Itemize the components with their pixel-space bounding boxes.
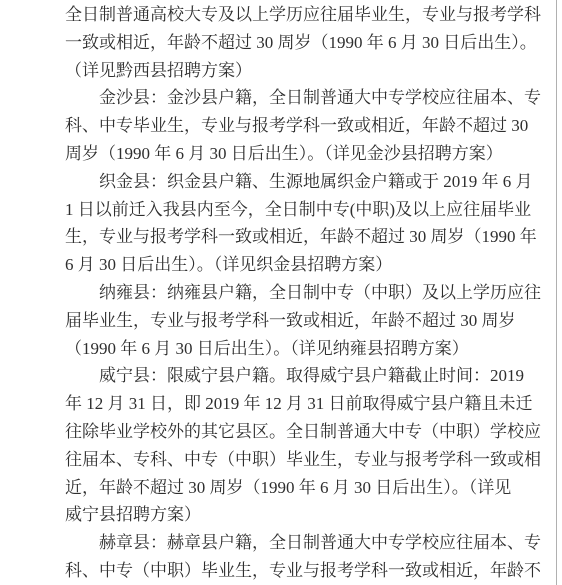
text-line: 纳雍县：纳雍县户籍，全日制中专（中职）及以上学历应往 [65, 279, 509, 307]
paragraph-jinsha-county-requirements: 金沙县：金沙县户籍，全日制普通大中专学校应往届本、专科、中专毕业生，专业与报考学… [65, 84, 509, 167]
paragraph-weining-county-requirements: 威宁县：限威宁县户籍。取得威宁县户籍截止时间：2019年 12 月 31 日，即… [65, 362, 509, 529]
text-line: 全日制普通高校大专及以上学历应往届毕业生，专业与报考学科 [65, 1, 509, 29]
text-line: 届毕业生，专业与报考学科一致或相近，年龄不超过 30 周岁 [65, 307, 509, 335]
text-line: 6 月 30 日后出生）。（详见织金县招聘方案） [65, 251, 509, 279]
text-line: 生，专业与报考学科一致或相近，年龄不超过 30 周岁（1990 年 [65, 223, 509, 251]
text-line: 1 日以前迁入我县内至今，全日制中专(中职)及以上应往届毕业 [65, 196, 509, 224]
text-line: 年 12 月 31 日，即 2019 年 12 月 31 日前取得威宁县户籍且未… [65, 390, 509, 418]
text-line: 织金县：织金县户籍、生源地属织金户籍或于 2019 年 6 月 [65, 168, 509, 196]
text-line: 往除毕业学校外的其它县区。全日制普通大中专（中职）学校应 [65, 418, 509, 446]
paragraph-qianxi-county-requirements-continued: 全日制普通高校大专及以上学历应往届毕业生，专业与报考学科一致或相近，年龄不超过 … [65, 1, 509, 84]
paragraph-zhijin-county-requirements: 织金县：织金县户籍、生源地属织金户籍或于 2019 年 6 月1 日以前迁入我县… [65, 168, 509, 279]
text-line: 威宁县招聘方案） [65, 501, 509, 529]
page-edge-line [556, 0, 557, 585]
paragraph-nayong-county-requirements: 纳雍县：纳雍县户籍，全日制中专（中职）及以上学历应往届毕业生，专业与报考学科一致… [65, 279, 509, 362]
text-line: 赫章县：赫章县户籍，全日制普通大中专学校应往届本、专 [65, 529, 509, 557]
text-line: 一致或相近，年龄不超过 30 周岁（1990 年 6 月 30 日后出生）。 [65, 29, 509, 57]
text-line: 金沙县：金沙县户籍，全日制普通大中专学校应往届本、专 [65, 84, 509, 112]
text-line: 近，年龄不超过 30 周岁（1990 年 6 月 30 日后出生）。（详见 [65, 474, 509, 502]
text-line: 科、中专（中职）毕业生，专业与报考学科一致或相近，年龄不 [65, 557, 509, 585]
text-line: 威宁县：限威宁县户籍。取得威宁县户籍截止时间：2019 [65, 362, 509, 390]
text-line: （详见黔西县招聘方案） [65, 57, 509, 85]
text-line: （1990 年 6 月 30 日后出生）。（详见纳雍县招聘方案） [65, 335, 509, 363]
paragraph-hezhang-county-requirements-truncated: 赫章县：赫章县户籍，全日制普通大中专学校应往届本、专科、中专（中职）毕业生，专业… [65, 529, 509, 585]
text-line: 周岁（1990 年 6 月 30 日后出生）。（详见金沙县招聘方案） [65, 140, 509, 168]
document-page: 全日制普通高校大专及以上学历应往届毕业生，专业与报考学科一致或相近，年龄不超过 … [65, 1, 509, 585]
document-body: 全日制普通高校大专及以上学历应往届毕业生，专业与报考学科一致或相近，年龄不超过 … [65, 1, 509, 585]
text-line: 往届本、专科、中专（中职）毕业生，专业与报考学科一致或相 [65, 446, 509, 474]
text-line: 科、中专毕业生，专业与报考学科一致或相近，年龄不超过 30 [65, 112, 509, 140]
